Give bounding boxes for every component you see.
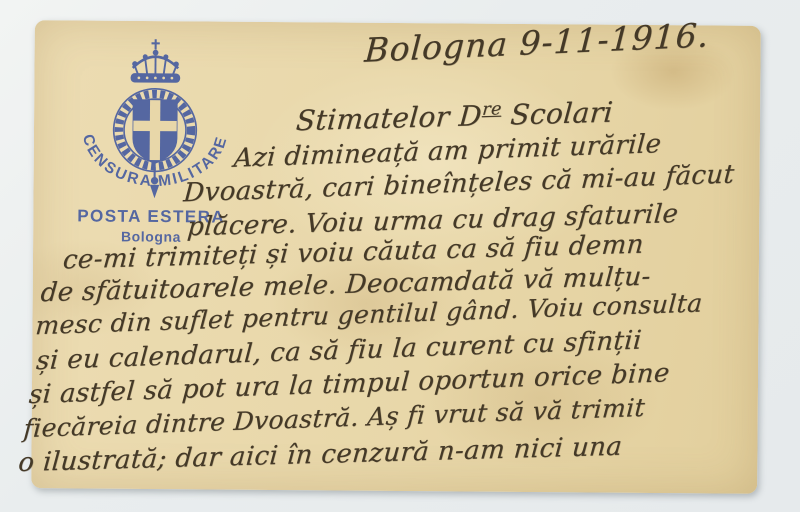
salutation-line: Stimatelor Dre Scolari xyxy=(295,96,614,138)
dateline: Bologna 9-11-1916. xyxy=(363,15,710,69)
salutation-prefix: Stimatelor D xyxy=(295,99,483,137)
postcard: CENSURA MILITARE POSTA ESTERA Bologna Bo… xyxy=(31,20,761,494)
crown-icon xyxy=(131,39,181,83)
salutation-superscript: re xyxy=(481,99,502,120)
salutation-rest: Scolari xyxy=(500,96,614,132)
savoy-shield-icon xyxy=(133,100,177,163)
scanned-postcard-image: { "scene": { "background_color": "#e9ede… xyxy=(0,0,800,512)
